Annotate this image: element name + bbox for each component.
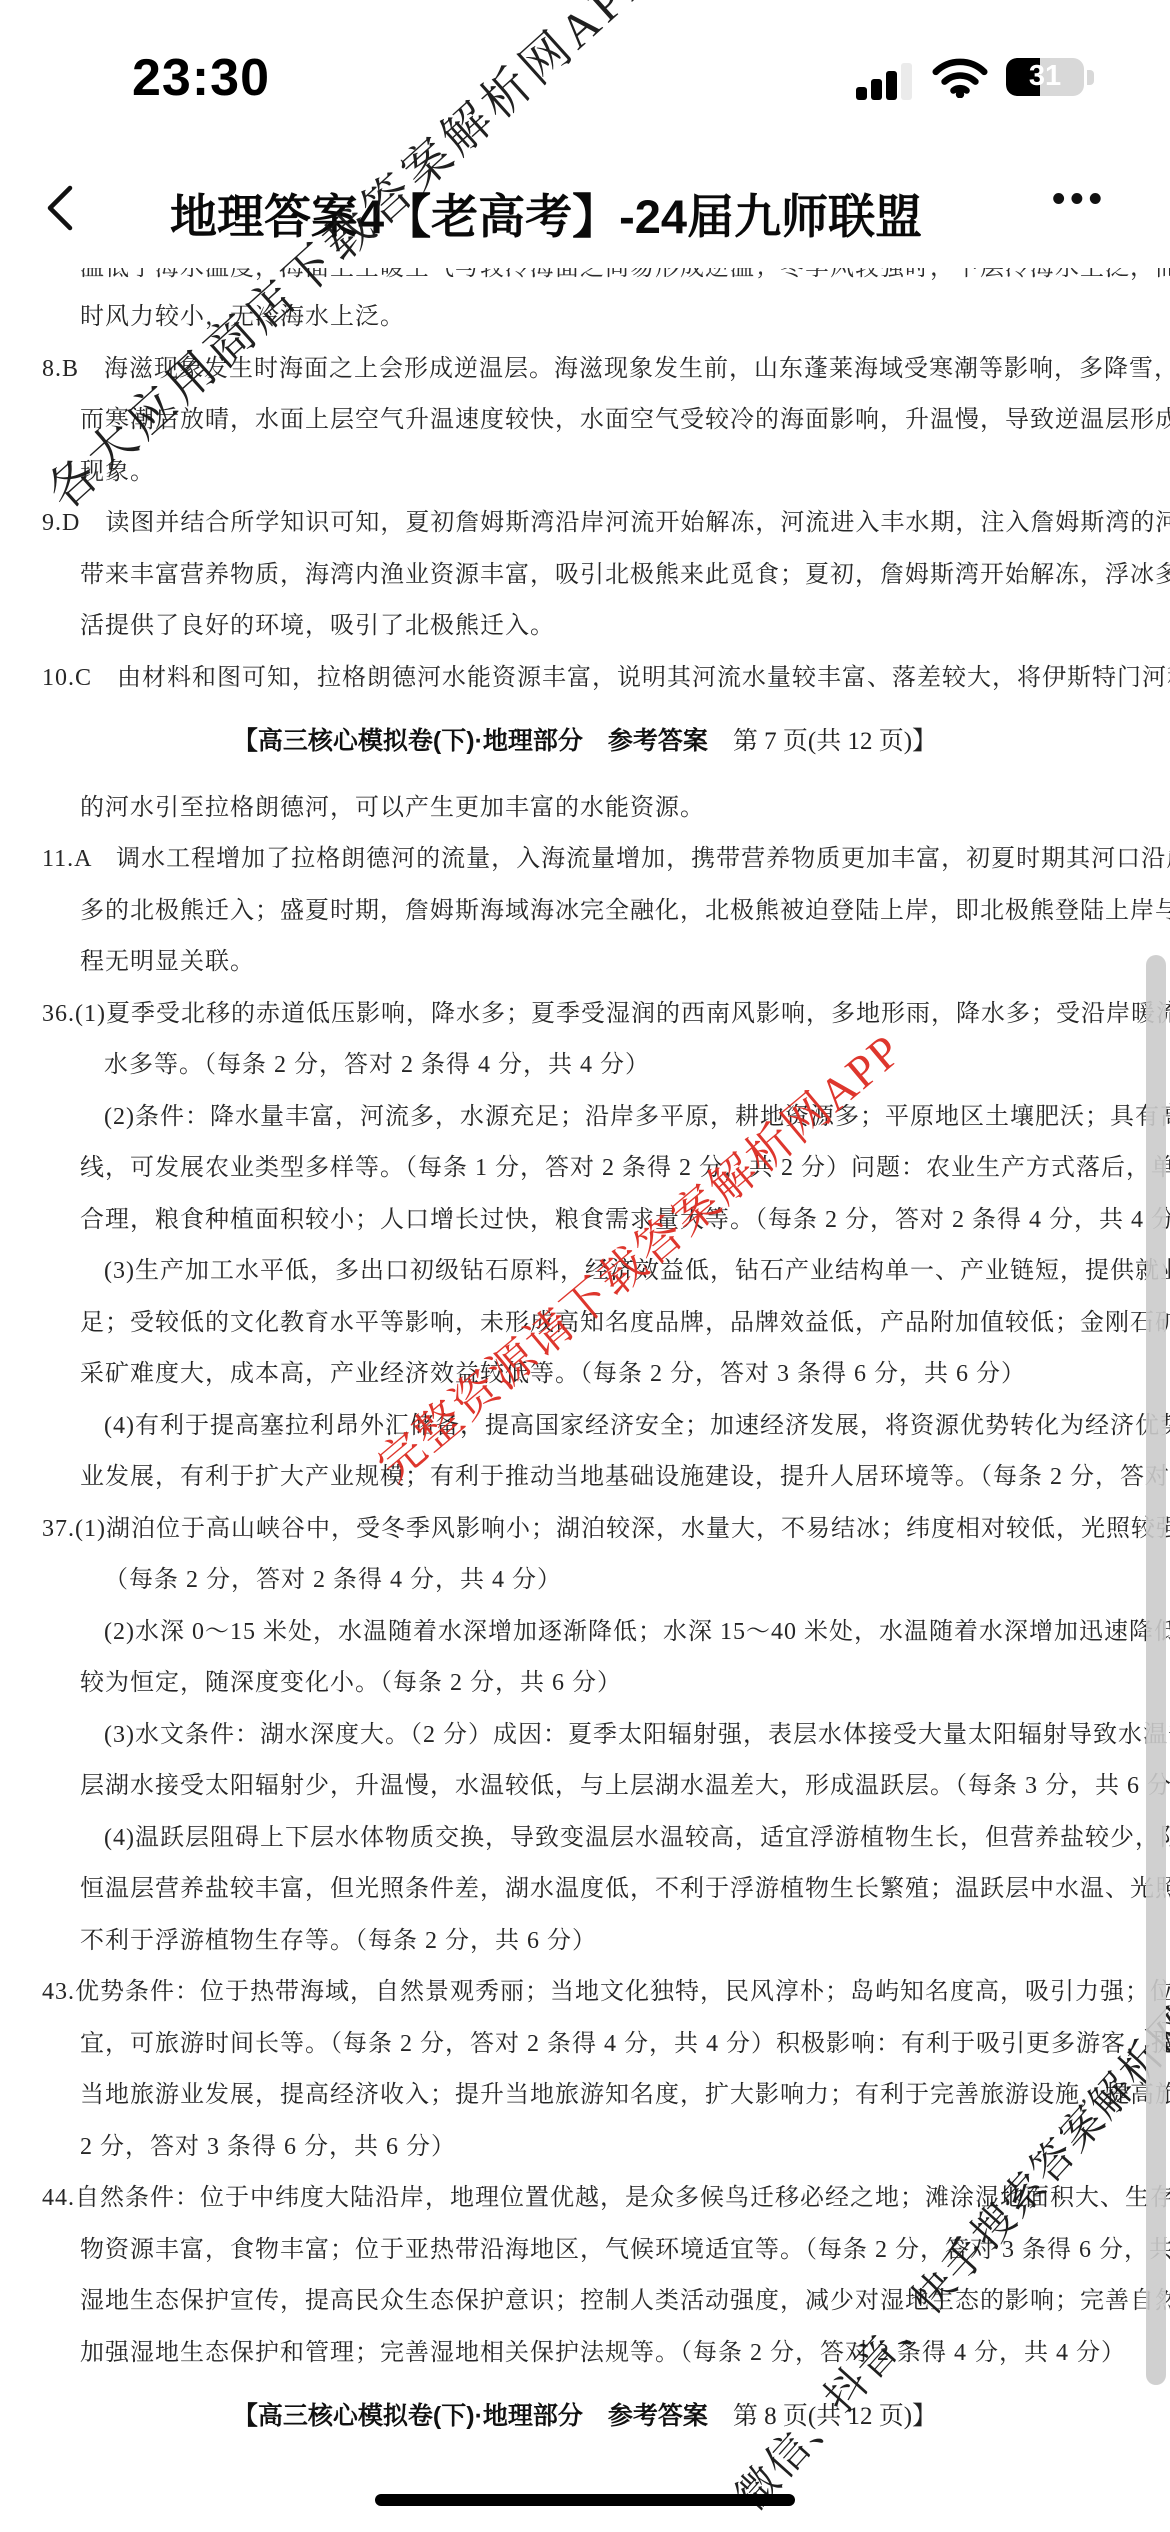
doc-line: 宜，可旅游时间长等。（每条 2 分，答对 2 条得 4 分，共 4 分）积极影响… <box>0 2019 1170 2071</box>
clipped-line: 温低于海水温度，海面上空暖空气与较冷海面之间易形成逆温；冬季风较强时，下层冷海水… <box>0 268 1170 292</box>
page-footer-title: 【高三核心模拟卷(下)·地理部分 参考答案 <box>233 727 708 755</box>
doc-line: 带来丰富营养物质，海湾内渔业资源丰富，吸引北极熊来此觅食；夏初，詹姆斯湾开始解冻… <box>0 550 1170 602</box>
doc-line: 37.(1)湖泊位于高山峡谷中，受冬季风影响小；湖泊较深，水量大，不易结冰；纬度… <box>0 1504 1170 1556</box>
document-lines[interactable]: 时风力较小，无冷海水上泛。8.B 海滋现象发生时海面之上会形成逆温层。海滋现象发… <box>0 292 1170 2458</box>
doc-line: 线，可发展农业类型多样等。（每条 1 分，答对 2 条得 2 分，共 2 分）问… <box>0 1143 1170 1195</box>
doc-line: 9.D 读图并结合所学知识可知，夏初詹姆斯湾沿岸河流开始解冻，河流进入丰水期，注… <box>0 498 1170 550</box>
back-button[interactable] <box>42 184 78 232</box>
page-footer-title: 【高三核心模拟卷(下)·地理部分 参考答案 <box>233 2402 708 2430</box>
doc-line: 现象。 <box>0 447 1170 499</box>
doc-line: （每条 2 分，答对 2 条得 4 分，共 4 分） <box>0 1555 1170 1607</box>
doc-line: 恒温层营养盐较丰富，但光照条件差，湖水温度低，不利于浮游植物生长繁殖；温跃层中水… <box>0 1864 1170 1916</box>
doc-line: 2 分，答对 3 条得 6 分，共 6 分） <box>0 2122 1170 2174</box>
doc-line: 水多等。（每条 2 分，答对 2 条得 4 分，共 4 分） <box>0 1040 1170 1092</box>
doc-line: 36.(1)夏季受北移的赤道低压影响，降水多；夏季受湿润的西南风影响，多地形雨，… <box>0 989 1170 1041</box>
page-title: 地理答案4【老高考】-24届九师联盟 <box>170 180 990 247</box>
doc-line: 业发展，有利于扩大产业规模；有利于推动当地基础设施建设，提升人居环境等。（每条 … <box>0 1452 1170 1504</box>
doc-line: 10.C 由材料和图可知，拉格朗德河水能资源丰富，说明其河流水量较丰富、落差较大… <box>0 653 1170 705</box>
doc-line: (3)生产加工水平低，多出口初级钻石原料，经济效益低，钻石产业结构单一、产业链短… <box>0 1246 1170 1298</box>
clipped-line-text: 温低于海水温度，海面上空暖空气与较冷海面之间易形成逆温；冬季风较强时，下层冷海水… <box>0 268 1170 280</box>
doc-line: 的河水引至拉格朗德河，可以产生更加丰富的水能资源。 <box>0 783 1170 835</box>
page-footer-pagenum: 第 7 页(共 12 页)】 <box>708 728 937 755</box>
page-footer: 【高三核心模拟卷(下)·地理部分 参考答案 第 7 页(共 12 页)】 <box>0 716 1170 771</box>
doc-line: 不利于浮游植物生存等。（每条 2 分，共 6 分） <box>0 1916 1170 1968</box>
doc-line: 44.自然条件：位于中纬度大陆沿岸，地理位置优越，是众多候鸟迁移必经之地；滩涂湿… <box>0 2173 1170 2225</box>
doc-line: (3)水文条件：湖水深度大。（2 分）成因：夏季太阳辐射强，表层水体接受大量太阳… <box>0 1710 1170 1762</box>
doc-line: (2)条件：降水量丰富，河流多，水源充足；沿岸多平原，耕地资源多；平原地区土壤肥… <box>0 1092 1170 1144</box>
doc-line: 采矿难度大，成本高，产业经济效益较低等。（每条 2 分，答对 3 条得 6 分，… <box>0 1349 1170 1401</box>
doc-line: 程无明显关联。 <box>0 937 1170 989</box>
doc-line: (2)水深 0～15 米处，水温随着水深增加逐渐降低；水深 15～40 米处，水… <box>0 1607 1170 1659</box>
home-indicator[interactable] <box>375 2494 795 2506</box>
doc-line: 11.A 调水工程增加了拉格朗德河的流量，入海流量增加，携带营养物质更加丰富，初… <box>0 834 1170 886</box>
doc-line: 足；受较低的文化教育水平等影响，未形成高知名度品牌，品牌效益低，产品附加值较低；… <box>0 1298 1170 1350</box>
doc-line: 8.B 海滋现象发生时海面之上会形成逆温层。海滋现象发生前，山东蓬莱海域受寒潮等… <box>0 344 1170 396</box>
more-menu-button[interactable]: ••• <box>1052 178 1107 221</box>
doc-line: 而寒潮后放晴，水面上层空气升温速度较快，水面空气受较冷的海面影响，升温慢，导致逆… <box>0 395 1170 447</box>
doc-line: 加强湿地生态保护和管理；完善湿地相关保护法规等。（每条 2 分，答对 2 条得 … <box>0 2328 1170 2380</box>
doc-line: 多的北极熊迁入；盛夏时期，詹姆斯海域海冰完全融化，北极熊被迫登陆上岸，即北极熊登… <box>0 886 1170 938</box>
doc-line: 时风力较小，无冷海水上泛。 <box>0 292 1170 344</box>
app-screen: { "status_bar": { "time": "23:30", "batt… <box>0 0 1170 2532</box>
status-time: 23:30 <box>106 48 296 108</box>
doc-line: 物资源丰富，食物丰富；位于亚热带沿海地区，气候环境适宜等。（每条 2 分，答对 … <box>0 2225 1170 2277</box>
doc-line: 层湖水接受太阳辐射少，升温慢，水温较低，与上层湖水温差大，形成温跃层。（每条 3… <box>0 1761 1170 1813</box>
doc-line: 合理，粮食种植面积较小；人口增长过快，粮食需求量大等。（每条 2 分，答对 2 … <box>0 1195 1170 1247</box>
doc-line: (4)有利于提高塞拉利昂外汇储备，提高国家经济安全；加速经济发展，将资源优势转化… <box>0 1401 1170 1453</box>
doc-line: 湿地生态保护宣传，提高民众生态保护意识；控制人类活动强度，减少对湿地生态的影响；… <box>0 2276 1170 2328</box>
doc-line: 当地旅游业发展，提高经济收入；提升当地旅游知名度，扩大影响力；有利于完善旅游设施… <box>0 2070 1170 2122</box>
scrollbar-thumb[interactable] <box>1146 955 1166 2385</box>
wifi-icon <box>932 56 988 103</box>
doc-line: (4)温跃层阻碍上下层水体物质交换，导致变温层水温较高，适宜浮游植物生长，但营养… <box>0 1813 1170 1865</box>
page-footer: 【高三核心模拟卷(下)·地理部分 参考答案 第 8 页(共 12 页)】 <box>0 2391 1170 2446</box>
doc-line: 较为恒定，随深度变化小。（每条 2 分，共 6 分） <box>0 1658 1170 1710</box>
battery-icon: 31 <box>1006 58 1084 96</box>
doc-line: 活提供了良好的环境，吸引了北极熊迁入。 <box>0 601 1170 653</box>
battery-cap <box>1087 70 1094 85</box>
battery-percent: 31 <box>1006 60 1084 93</box>
doc-line: 43.优势条件：位于热带海域，自然景观秀丽；当地文化独特，民风淳朴；岛屿知名度高… <box>0 1967 1170 2019</box>
page-footer-pagenum: 第 8 页(共 12 页)】 <box>708 2403 937 2430</box>
cellular-signal-icon <box>856 62 918 100</box>
